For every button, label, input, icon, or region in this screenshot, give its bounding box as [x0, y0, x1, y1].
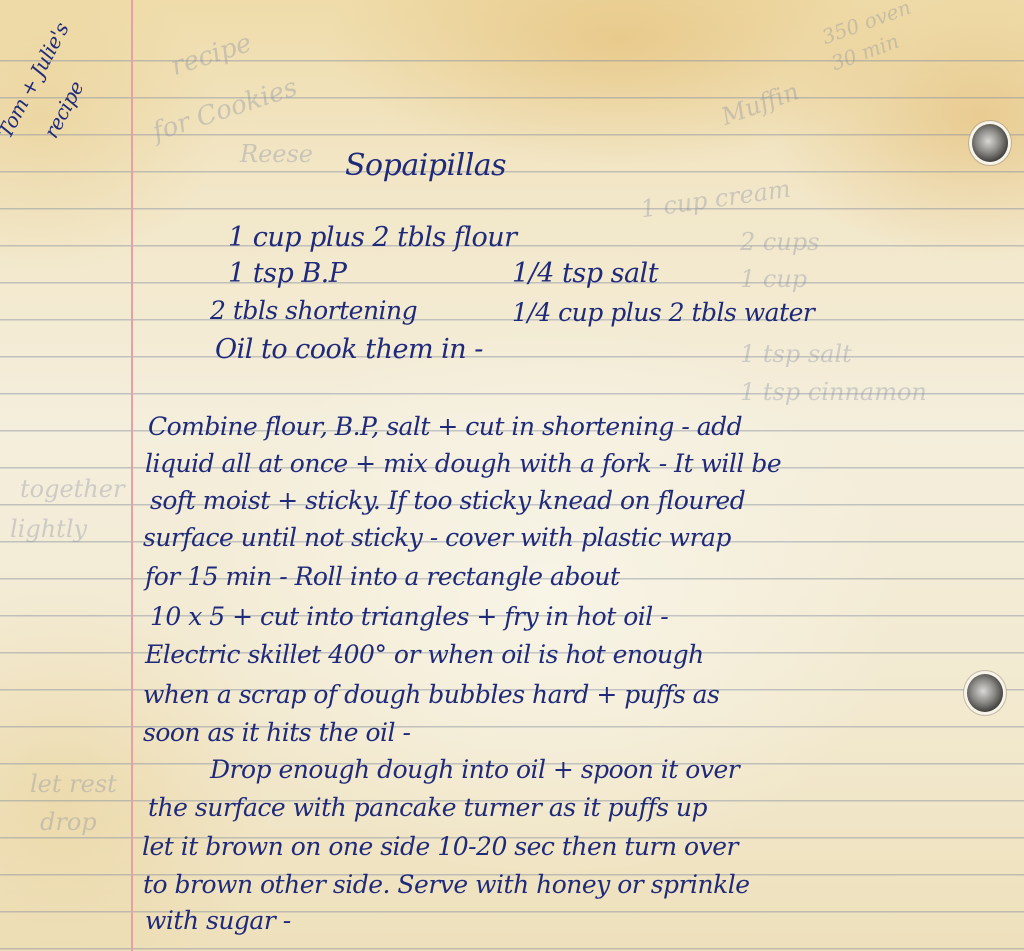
- direction-line: surface until not sticky - cover with pl…: [143, 523, 731, 552]
- ingredient-item: 1 tsp B.P: [228, 258, 346, 289]
- direction-line: liquid all at once + mix dough with a fo…: [145, 449, 781, 478]
- direction-line: the surface with pancake turner as it pu…: [148, 793, 707, 822]
- ingredient-item: 1/4 cup plus 2 tbls water: [512, 298, 814, 327]
- ingredient-item: 1 cup plus 2 tbls flour: [228, 222, 517, 253]
- direction-line: Drop enough dough into oil + spoon it ov…: [210, 755, 739, 784]
- binder-hole-bottom: [967, 674, 1003, 712]
- direction-line: for 15 min - Roll into a rectangle about: [145, 562, 620, 591]
- direction-line: when a scrap of dough bubbles hard + puf…: [143, 680, 719, 709]
- direction-line: Combine flour, B.P, salt + cut in shorte…: [148, 412, 742, 441]
- direction-line: with sugar -: [145, 906, 291, 935]
- ingredient-item: 1/4 tsp salt: [512, 258, 658, 289]
- ingredient-item: Oil to cook them in -: [215, 334, 483, 365]
- direction-line: to brown other side. Serve with honey or…: [143, 870, 750, 899]
- direction-line: let it brown on one side 10-20 sec then …: [142, 832, 738, 861]
- direction-line: soon as it hits the oil -: [143, 718, 410, 747]
- direction-line: 10 x 5 + cut into triangles + fry in hot…: [150, 602, 668, 631]
- binder-hole-top: [972, 124, 1008, 162]
- direction-line: soft moist + sticky. If too sticky knead…: [150, 486, 745, 515]
- recipe-title: Sopaipillas: [345, 148, 506, 183]
- red-margin-line: [131, 0, 133, 951]
- ingredient-item: 2 tbls shortening: [210, 296, 417, 325]
- direction-line: Electric skillet 400° or when oil is hot…: [145, 640, 704, 669]
